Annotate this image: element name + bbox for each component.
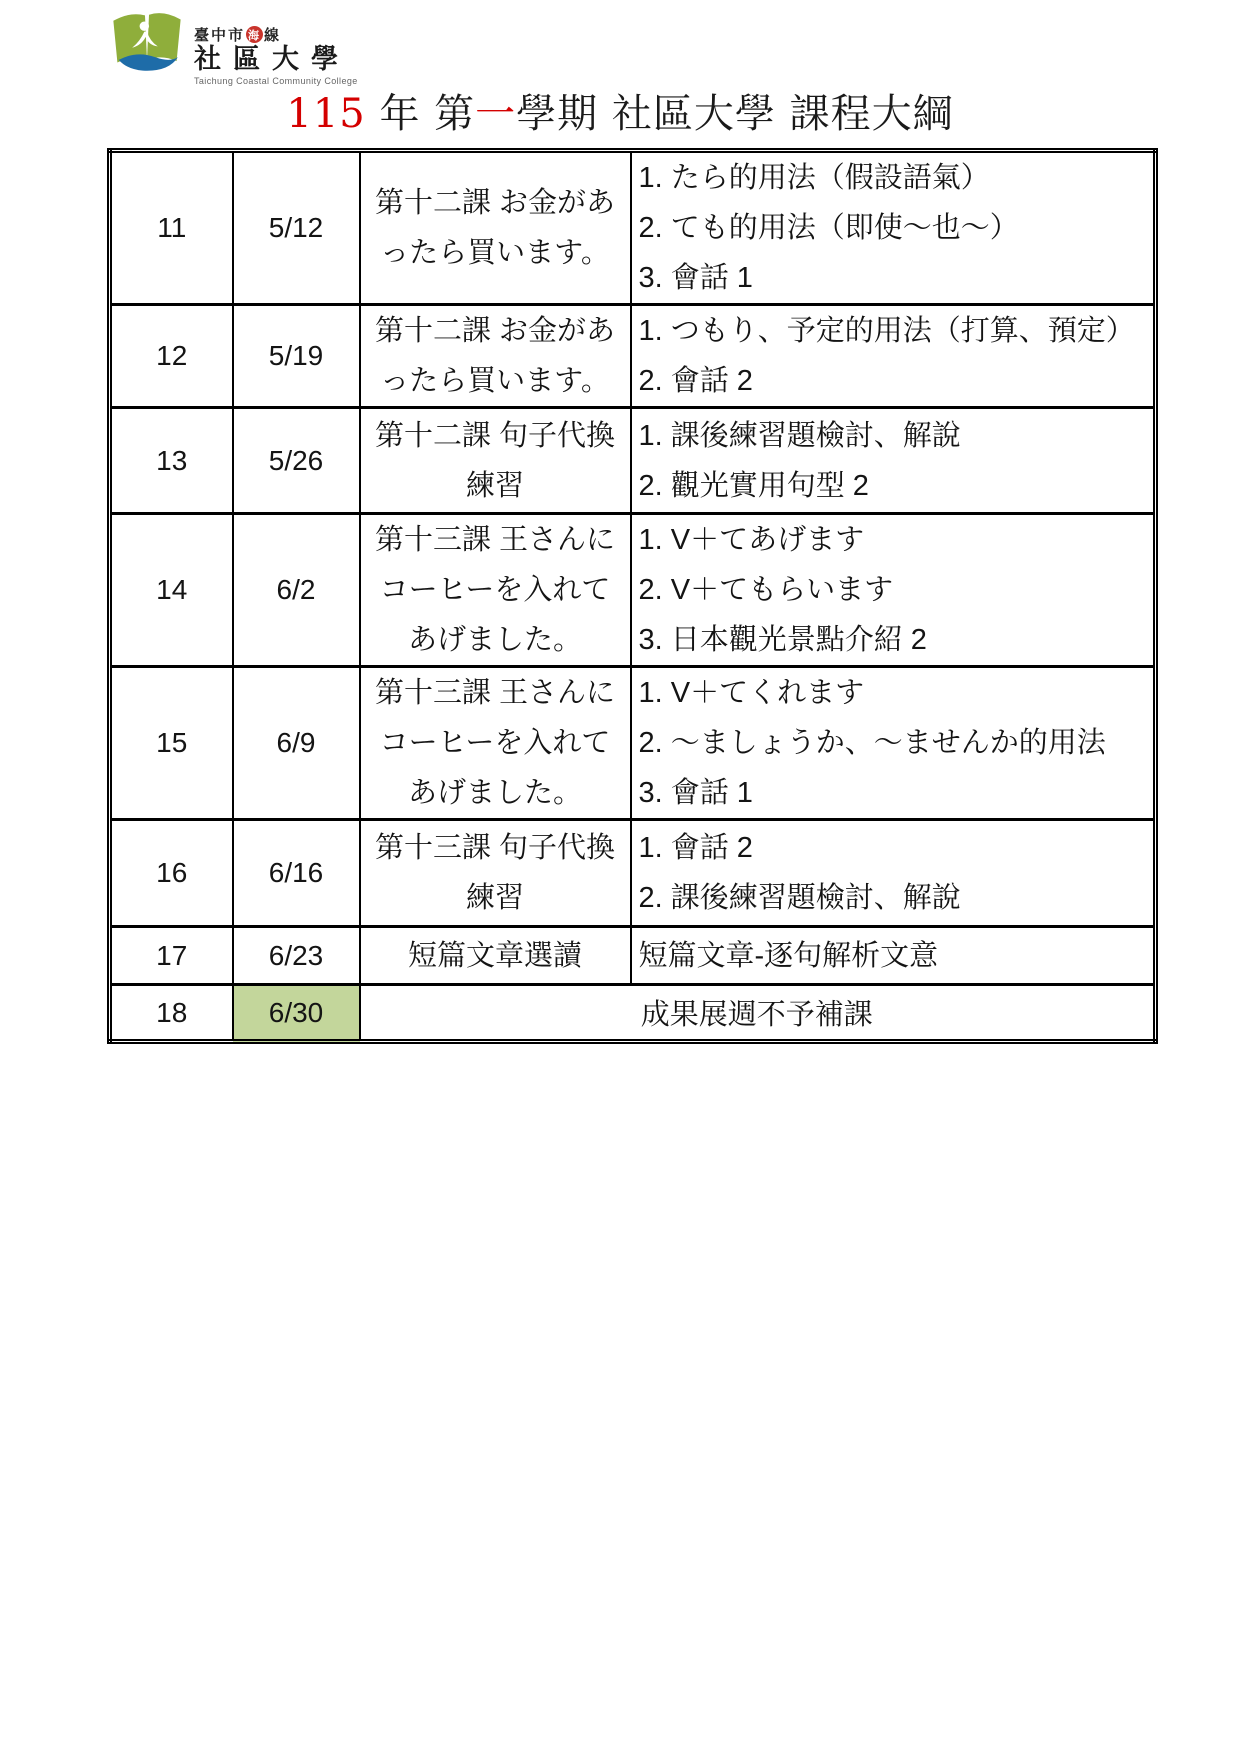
week-cell: 14 [110,514,233,667]
logo-seal-icon: 海 [246,26,263,43]
logo-org-line: 臺中市 海 線 [194,24,358,45]
course-title-line: 第十三課 王さんに [361,515,630,565]
content-item: 2. V＋てもらいます [639,565,1154,615]
content-item: 1. つもり、予定的用法（打算、預定） [639,306,1154,356]
title-year: 115 [286,91,365,137]
course-title-cell: 第十二課 お金があ ったら買います。 [360,305,631,408]
course-title-line: 第十二課 お金があ [361,306,630,356]
title-seg1: 年 第 [366,91,475,137]
logo-text-block: 臺中市 海 線 社區大學 Taichung Coastal Community … [194,6,358,86]
content-item: 1. 會話 2 [639,823,1154,873]
date-cell: 6/16 [233,820,360,927]
week-cell: 17 [110,927,233,985]
week-cell: 18 [110,985,233,1042]
content-item: 2. ～ましょうか、～ませんか的用法 [639,718,1154,768]
table-row: 12 5/19 第十二課 お金があ ったら買います。 1. つもり、予定的用法（… [110,305,1156,408]
course-content-cell: 1. たら的用法（假設語氣） 2. ても的用法（即使～也～） 3. 會話 1 [631,151,1156,305]
date-cell: 6/23 [233,927,360,985]
week-cell: 16 [110,820,233,927]
course-title-line: 短篇文章選讀 [361,931,630,981]
course-content-cell: 短篇文章-逐句解析文意 [631,927,1156,985]
course-title-line: あげました。 [361,615,630,665]
logo-city-text: 臺中市 [194,24,245,45]
course-content-cell: 1. 會話 2 2. 課後練習題檢討、解說 [631,820,1156,927]
table-row: 16 6/16 第十三課 句子代換 練習 1. 會話 2 2. 課後練習題檢討、… [110,820,1156,927]
content-item: 1. V＋てくれます [639,668,1154,718]
course-title-line: 第十二課 お金があ [361,178,630,228]
date-cell: 6/9 [233,667,360,820]
content-item: 2. ても的用法（即使～也～） [639,203,1154,253]
course-content-cell: 1. V＋てくれます 2. ～ましょうか、～ませんか的用法 3. 會話 1 [631,667,1156,820]
course-title-line: 第十三課 句子代換 [361,823,630,873]
title-semester-number: 一 [475,91,516,137]
course-title-line: 練習 [361,873,630,923]
table-row: 18 6/30 成果展週不予補課 [110,985,1156,1042]
logo-college-name: 社區大學 [194,45,358,75]
course-title-line: コーヒーを入れて [361,565,630,615]
course-title-line: ったら買います。 [361,356,630,406]
course-title-cell: 第十二課 お金があ ったら買います。 [360,151,631,305]
course-title-line: ったら買います。 [361,228,630,278]
merged-note-cell: 成果展週不予補課 [360,985,1156,1042]
date-cell: 6/2 [233,514,360,667]
course-title-line: 第十二課 句子代換 [361,411,630,461]
course-title-line: コーヒーを入れて [361,718,630,768]
logo-book-icon [106,6,188,80]
content-item: 3. 會話 1 [639,768,1154,818]
course-content-cell: 1. 課後練習題檢討、解說 2. 觀光實用句型 2 [631,408,1156,514]
page-title: 115 年 第一學期 社區大學 課程大綱 [0,82,1240,139]
week-cell: 15 [110,667,233,820]
course-content-cell: 1. つもり、予定的用法（打算、預定） 2. 會話 2 [631,305,1156,408]
course-title-line: あげました。 [361,768,630,818]
course-title-cell: 第十三課 王さんに コーヒーを入れて あげました。 [360,667,631,820]
content-item: 2. 會話 2 [639,356,1154,406]
course-title-cell: 第十三課 句子代換 練習 [360,820,631,927]
content-item: 3. 日本觀光景點介紹 2 [639,615,1154,665]
title-seg2: 學期 社區大學 課程大綱 [516,91,953,137]
content-item: 1. たら的用法（假設語氣） [639,153,1154,203]
date-cell: 5/12 [233,151,360,305]
content-item: 1. V＋てあげます [639,515,1154,565]
content-item: 3. 會話 1 [639,253,1154,303]
date-cell: 5/26 [233,408,360,514]
course-title-line: 練習 [361,461,630,511]
table-row: 17 6/23 短篇文章選讀 短篇文章-逐句解析文意 [110,927,1156,985]
course-title-cell: 第十三課 王さんに コーヒーを入れて あげました。 [360,514,631,667]
date-cell: 5/19 [233,305,360,408]
course-schedule-table: 11 5/12 第十二課 お金があ ったら買います。 1. たら的用法（假設語氣… [107,148,1158,1044]
table-row: 15 6/9 第十三課 王さんに コーヒーを入れて あげました。 1. V＋てく… [110,667,1156,820]
content-item: 2. 觀光實用句型 2 [639,461,1154,511]
week-cell: 11 [110,151,233,305]
content-item: 短篇文章-逐句解析文意 [639,931,1154,981]
table-row: 13 5/26 第十二課 句子代換 練習 1. 課後練習題檢討、解說 2. 觀光… [110,408,1156,514]
logo-seal-char: 海 [248,27,261,43]
content-item: 1. 課後練習題檢討、解說 [639,411,1154,461]
table-row: 11 5/12 第十二課 お金があ ったら買います。 1. たら的用法（假設語氣… [110,151,1156,305]
course-title-cell: 第十二課 句子代換 練習 [360,408,631,514]
course-title-line: 第十三課 王さんに [361,668,630,718]
table-row: 14 6/2 第十三課 王さんに コーヒーを入れて あげました。 1. V＋てあ… [110,514,1156,667]
logo-line-suffix: 線 [264,24,281,45]
course-content-cell: 1. V＋てあげます 2. V＋てもらいます 3. 日本觀光景點介紹 2 [631,514,1156,667]
date-cell-highlighted: 6/30 [233,985,360,1042]
content-item: 2. 課後練習題檢討、解說 [639,873,1154,923]
course-title-cell: 短篇文章選讀 [360,927,631,985]
week-cell: 12 [110,305,233,408]
week-cell: 13 [110,408,233,514]
college-logo: 臺中市 海 線 社區大學 Taichung Coastal Community … [106,6,358,86]
